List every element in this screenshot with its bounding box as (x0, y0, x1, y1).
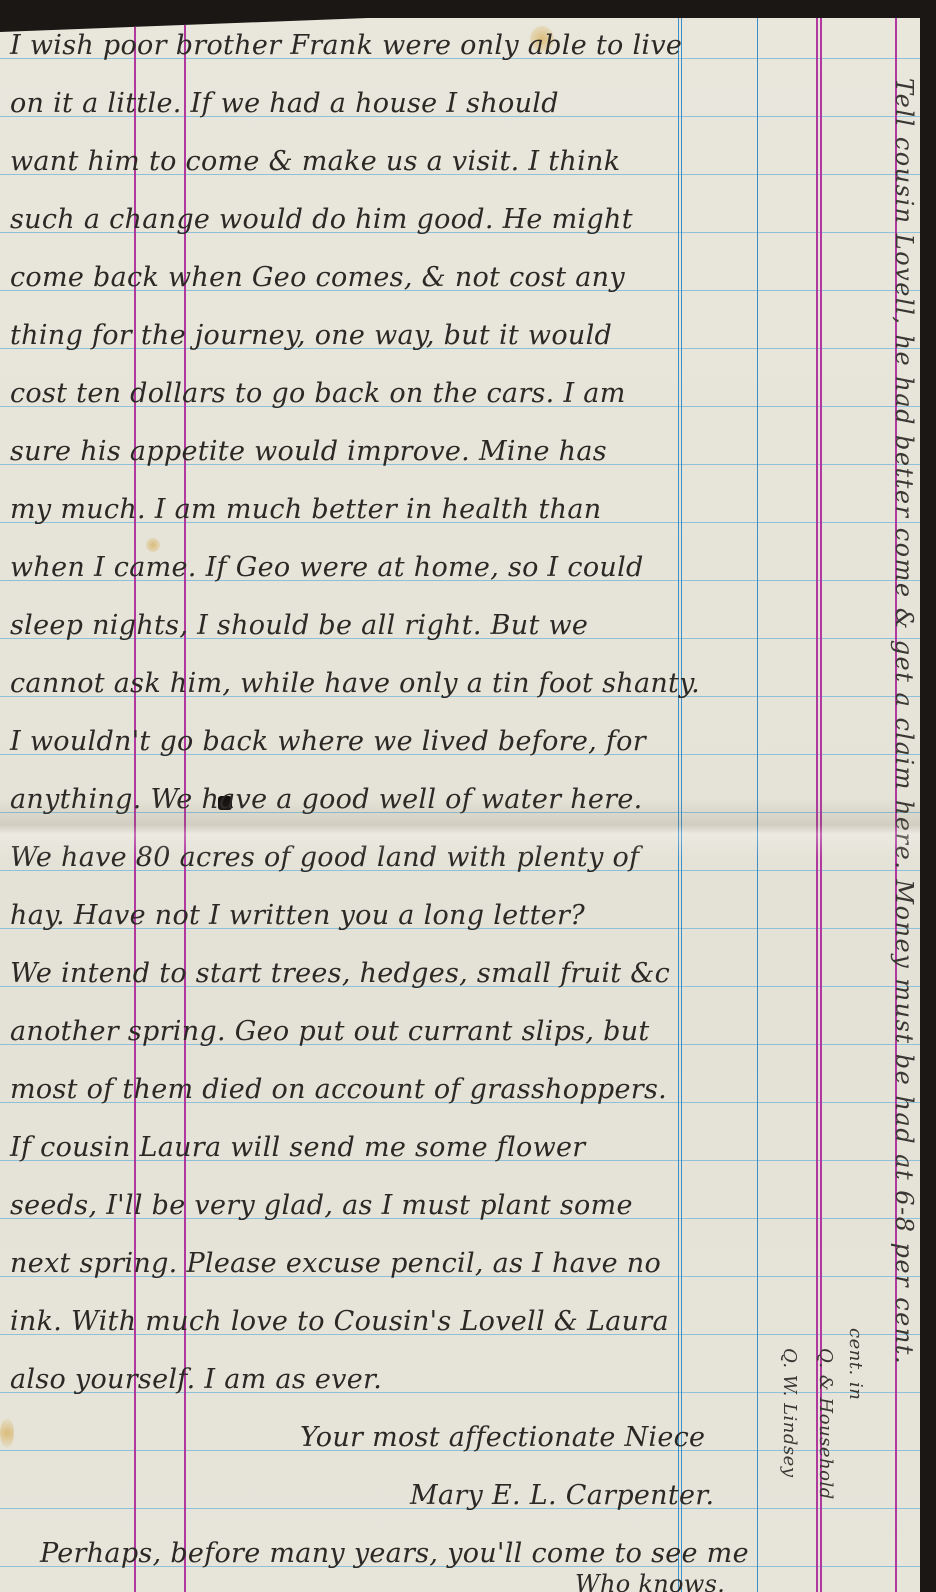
letter-line: my much. I am much better in health than (10, 496, 870, 523)
letter-line: also yourself. I am as ever. (10, 1366, 870, 1393)
letter-line: We have 80 acres of good land with plent… (10, 844, 870, 871)
letter-line: We intend to start trees, hedges, small … (10, 960, 870, 987)
margin-note-inner-3: Q. W. Lindsey (779, 1348, 800, 1478)
letter-line: most of them died on account of grasshop… (10, 1076, 870, 1103)
stain (146, 538, 160, 552)
letter-line: I wish poor brother Frank were only able… (10, 32, 870, 59)
letter-line: such a change would do him good. He migh… (10, 206, 870, 233)
letter-line: cannot ask him, while have only a tin fo… (10, 670, 870, 697)
letter-line: on it a little. If we had a house I shou… (10, 90, 870, 117)
letter-line: sure his appetite would improve. Mine ha… (10, 438, 870, 465)
letter-postscript-2: Who knows. (575, 1572, 870, 1592)
letter-line: when I came. If Geo were at home, so I c… (10, 554, 870, 581)
letter-line: want him to come & make us a visit. I th… (10, 148, 870, 175)
letter-page: I wish poor brother Frank were only able… (0, 18, 920, 1592)
letter-line: sleep nights, I should be all right. But… (10, 612, 870, 639)
letter-line: seeds, I'll be very glad, as I must plan… (10, 1192, 870, 1219)
letter-line: If cousin Laura will send me some flower (10, 1134, 870, 1161)
letter-line: cost ten dollars to go back on the cars.… (10, 380, 870, 407)
letter-line: anything. We have a good well of water h… (10, 786, 870, 813)
letter-line: I wouldn't go back where we lived before… (10, 728, 870, 755)
stain (0, 1418, 14, 1448)
margin-note-inner-2: Q. & Household (815, 1348, 836, 1500)
letter-line: hay. Have not I written you a long lette… (10, 902, 870, 929)
letter-line: come back when Geo comes, & not cost any (10, 264, 870, 291)
letter-line: ink. With much love to Cousin's Lovell &… (10, 1308, 870, 1335)
margin-note-inner-1: cent. in (845, 1328, 866, 1400)
letter-signature: Mary E. L. Carpenter. (410, 1482, 870, 1509)
margin-note-right: Tell cousin Lovell, he had better come &… (890, 78, 918, 1365)
letter-line: next spring. Please excuse pencil, as I … (10, 1250, 870, 1277)
letter-line: thing for the journey, one way, but it w… (10, 322, 870, 349)
letter-line: another spring. Geo put out currant slip… (10, 1018, 870, 1045)
letter-postscript: Perhaps, before many years, you'll come … (40, 1540, 870, 1567)
